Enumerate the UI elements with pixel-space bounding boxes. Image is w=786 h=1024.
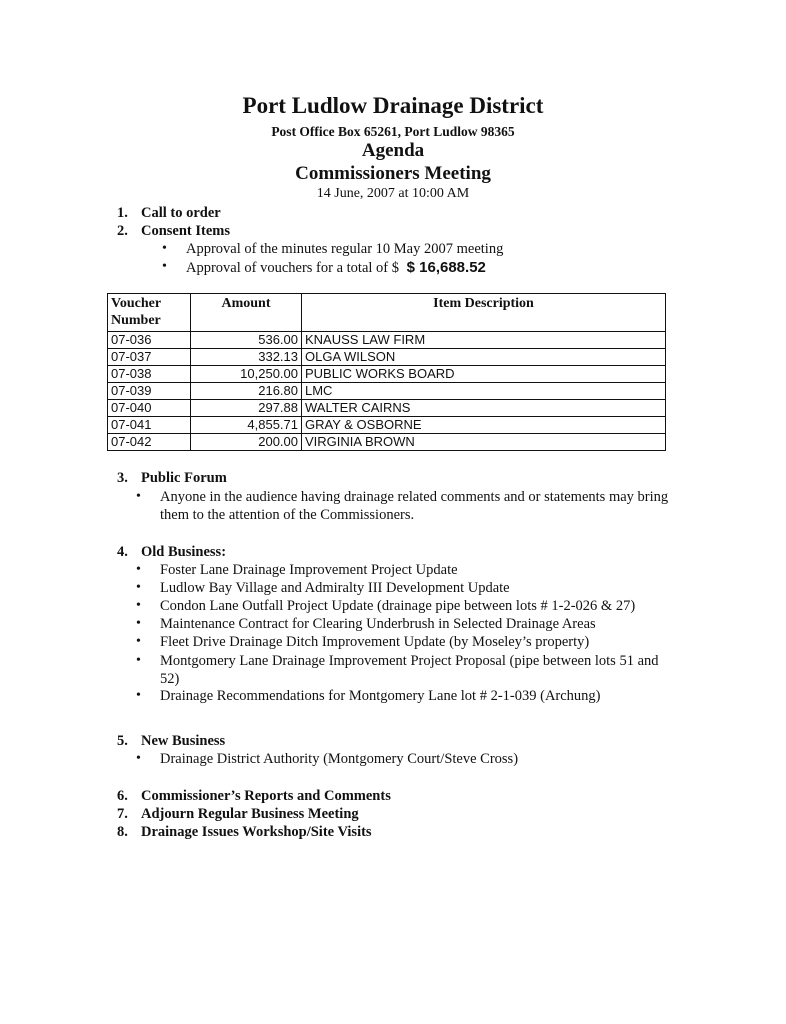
item-title: Drainage Issues Workshop/Site Visits xyxy=(141,824,372,840)
bullet-text: Maintenance Contract for Clearing Underb… xyxy=(160,616,596,632)
description-cell: WALTER CAIRNS xyxy=(302,400,666,417)
voucher-total: $ 16,688.52 xyxy=(407,259,486,276)
bullet-text: Fleet Drive Drainage Ditch Improvement U… xyxy=(160,634,589,650)
item-title: Public Forum xyxy=(141,470,227,486)
table-row: 07-03810,250.00PUBLIC WORKS BOARD xyxy=(108,366,666,383)
item-number: 6. xyxy=(117,788,141,805)
document-type: Agenda xyxy=(0,140,786,162)
description-cell: VIRGINIA BROWN xyxy=(302,434,666,451)
bullet-item: •Fleet Drive Drainage Ditch Improvement … xyxy=(160,634,589,651)
bullet-icon: • xyxy=(136,751,141,767)
bullet-text: Anyone in the audience having drainage r… xyxy=(160,489,668,523)
agenda-item-2: 2.Consent Items xyxy=(117,223,230,240)
bullet-icon: • xyxy=(136,652,141,670)
agenda-item-8: 8.Drainage Issues Workshop/Site Visits xyxy=(117,824,372,841)
bullet-item: • Approval of vouchers for a total of $ … xyxy=(186,259,486,277)
table-row: 07-040297.88WALTER CAIRNS xyxy=(108,400,666,417)
bullet-icon: • xyxy=(136,634,141,650)
column-header-amount: Amount xyxy=(191,294,302,332)
bullet-icon: • xyxy=(136,488,141,506)
voucher-number-cell: 07-038 xyxy=(108,366,191,383)
item-title: New Business xyxy=(141,733,225,749)
agenda-item-3: 3.Public Forum xyxy=(117,470,227,487)
item-title: Call to order xyxy=(141,205,221,221)
table-row: 07-042200.00VIRGINIA BROWN xyxy=(108,434,666,451)
bullet-icon: • xyxy=(162,241,167,257)
item-number: 1. xyxy=(117,205,141,222)
amount-cell: 332.13 xyxy=(191,349,302,366)
bullet-text: Ludlow Bay Village and Admiralty III Dev… xyxy=(160,580,510,596)
item-number: 3. xyxy=(117,470,141,487)
bullet-text: Drainage District Authority (Montgomery … xyxy=(160,751,518,767)
meeting-date: 14 June, 2007 at 10:00 AM xyxy=(0,186,786,202)
organization-address: Post Office Box 65261, Port Ludlow 98365 xyxy=(0,124,786,140)
bullet-icon: • xyxy=(136,562,141,578)
item-number: 4. xyxy=(117,544,141,561)
item-title: Old Business: xyxy=(141,544,226,560)
voucher-number-cell: 07-040 xyxy=(108,400,191,417)
voucher-number-cell: 07-042 xyxy=(108,434,191,451)
bullet-item: • Approval of the minutes regular 10 May… xyxy=(186,241,503,258)
bullet-icon: • xyxy=(136,598,141,614)
agenda-item-4: 4.Old Business: xyxy=(117,544,226,561)
bullet-icon: • xyxy=(136,616,141,632)
item-number: 2. xyxy=(117,223,141,240)
bullet-item: •Montgomery Lane Drainage Improvement Pr… xyxy=(160,652,680,688)
item-title: Consent Items xyxy=(141,223,230,239)
table-row: 07-039216.80LMC xyxy=(108,383,666,400)
voucher-number-cell: 07-039 xyxy=(108,383,191,400)
description-cell: PUBLIC WORKS BOARD xyxy=(302,366,666,383)
agenda-item-6: 6.Commissioner’s Reports and Comments xyxy=(117,788,391,805)
agenda-item-5: 5.New Business xyxy=(117,733,225,750)
column-header-voucher-number: Voucher Number xyxy=(108,294,191,332)
item-number: 5. xyxy=(117,733,141,750)
bullet-text: Condon Lane Outfall Project Update (drai… xyxy=(160,598,635,614)
agenda-item-7: 7.Adjourn Regular Business Meeting xyxy=(117,806,359,823)
bullet-icon: • xyxy=(136,688,141,704)
table-row: 07-036536.00KNAUSS LAW FIRM xyxy=(108,332,666,349)
voucher-number-cell: 07-041 xyxy=(108,417,191,434)
amount-cell: 536.00 xyxy=(191,332,302,349)
description-cell: KNAUSS LAW FIRM xyxy=(302,332,666,349)
description-cell: OLGA WILSON xyxy=(302,349,666,366)
bullet-text: Drainage Recommendations for Montgomery … xyxy=(160,688,601,704)
amount-cell: 4,855.71 xyxy=(191,417,302,434)
amount-cell: 200.00 xyxy=(191,434,302,451)
item-number: 7. xyxy=(117,806,141,823)
item-title: Adjourn Regular Business Meeting xyxy=(141,806,359,822)
item-number: 8. xyxy=(117,824,141,841)
amount-cell: 216.80 xyxy=(191,383,302,400)
bullet-item: •Foster Lane Drainage Improvement Projec… xyxy=(160,562,458,579)
agenda-item-1: 1.Call to order xyxy=(117,205,221,222)
bullet-text: Foster Lane Drainage Improvement Project… xyxy=(160,562,458,578)
amount-cell: 10,250.00 xyxy=(191,366,302,383)
table-row: 07-037332.13OLGA WILSON xyxy=(108,349,666,366)
organization-title: Port Ludlow Drainage District xyxy=(0,93,786,119)
bullet-text: Montgomery Lane Drainage Improvement Pro… xyxy=(160,653,659,687)
bullet-text: Approval of vouchers for a total of $ xyxy=(186,260,399,276)
description-cell: GRAY & OSBORNE xyxy=(302,417,666,434)
description-cell: LMC xyxy=(302,383,666,400)
column-header-description: Item Description xyxy=(302,294,666,332)
bullet-item: •Drainage Recommendations for Montgomery… xyxy=(160,688,601,705)
bullet-item: •Condon Lane Outfall Project Update (dra… xyxy=(160,598,635,615)
bullet-icon: • xyxy=(136,580,141,596)
bullet-item: •Maintenance Contract for Clearing Under… xyxy=(160,616,596,633)
amount-cell: 297.88 xyxy=(191,400,302,417)
bullet-text: Approval of the minutes regular 10 May 2… xyxy=(186,241,503,257)
voucher-table: Voucher Number Amount Item Description 0… xyxy=(107,293,666,451)
bullet-item: • Anyone in the audience having drainage… xyxy=(160,488,680,524)
voucher-number-cell: 07-037 xyxy=(108,349,191,366)
bullet-item: • Drainage District Authority (Montgomer… xyxy=(160,751,518,768)
agenda-page: Port Ludlow Drainage District Post Offic… xyxy=(0,0,786,1024)
item-title: Commissioner’s Reports and Comments xyxy=(141,788,391,804)
voucher-number-cell: 07-036 xyxy=(108,332,191,349)
bullet-item: •Ludlow Bay Village and Admiralty III De… xyxy=(160,580,510,597)
meeting-name: Commissioners Meeting xyxy=(0,163,786,185)
table-row: 07-0414,855.71GRAY & OSBORNE xyxy=(108,417,666,434)
table-header-row: Voucher Number Amount Item Description xyxy=(108,294,666,332)
bullet-icon: • xyxy=(162,259,167,275)
